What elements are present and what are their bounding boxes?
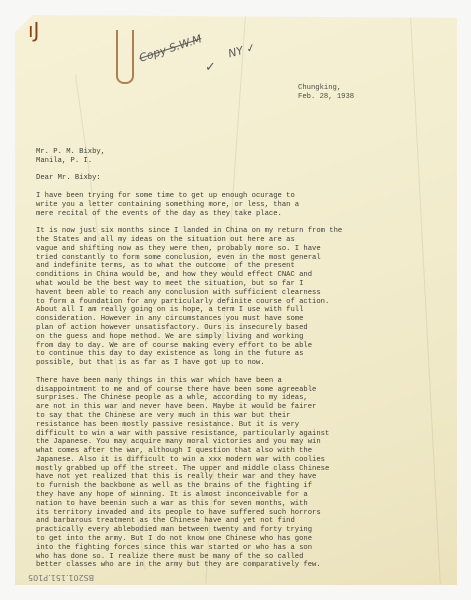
letter-body: Mr. P. M. Bixby, Manila, P. I. Dear Mr. … — [36, 148, 456, 570]
text-line: vague and shifting now as they were then… — [36, 245, 456, 254]
text-line: difficult to win a war with passive resi… — [36, 430, 456, 439]
text-line: tried constantly to form some conclusion… — [36, 254, 456, 263]
text-line: possible, but that is as far as I have g… — [36, 359, 456, 368]
paperclip-stain — [116, 30, 134, 84]
text-line: plan of action however unsatisfactory. O… — [36, 324, 456, 333]
paragraph-2: It is now just six months since I landed… — [36, 227, 456, 368]
text-line: write you a letter containing something … — [36, 201, 456, 210]
text-line: practically every ablebodied man between… — [36, 526, 456, 535]
text-line: are not in this war and never have been.… — [36, 403, 456, 412]
text-line: mere recital of the events of the day as… — [36, 210, 456, 219]
text-line: from day to day. We are of course making… — [36, 342, 456, 351]
text-line: nation to have beenin such a war as this… — [36, 500, 456, 509]
text-line: have not yet realized that this is reall… — [36, 473, 456, 482]
check-mark-annotation: ✓ — [205, 60, 216, 75]
text-line: its territory invaded and its people to … — [36, 509, 456, 518]
text-line: what would be the best way to meet the s… — [36, 280, 456, 289]
dateline: Chungking, Feb. 28, 1938 — [298, 84, 354, 102]
text-line: to form a foundation for any particularl… — [36, 298, 456, 307]
text-line: mostly grabbed up off the street. The up… — [36, 465, 456, 474]
text-line: who has done so. I realize there must be… — [36, 553, 456, 562]
text-line: the States and all my ideas on the situa… — [36, 236, 456, 245]
text-line: consideration. However in any circumstan… — [36, 315, 456, 324]
text-line: and barbarous treatment as the Chinese h… — [36, 517, 456, 526]
text-line: and indefinite terms, as to what the out… — [36, 262, 456, 271]
dateline-date: Feb. 28, 1938 — [298, 93, 354, 102]
text-line: to say that the Chinese are very much in… — [36, 412, 456, 421]
text-line: disappointment to me and of course there… — [36, 386, 456, 395]
text-line: the Japanese. You may acquire many moral… — [36, 438, 456, 447]
text-line: they have any hope of winning. It is alm… — [36, 491, 456, 500]
addressee-location: Manila, P. I. — [36, 157, 456, 166]
dateline-place: Chungking, — [298, 84, 354, 93]
paragraph-3: There have been many things in this war … — [36, 377, 456, 571]
text-line: Japanese. Also it is difficult to win a … — [36, 456, 456, 465]
text-line: There have been many things in this war … — [36, 377, 456, 386]
text-line: resistance has been mostly passive resis… — [36, 421, 456, 430]
rust-mark: ıJ — [28, 18, 39, 42]
text-line: to get into the army. But I do not know … — [36, 535, 456, 544]
text-line: conditions in China would be, and how th… — [36, 271, 456, 280]
text-line: into the fighting forces since this war … — [36, 544, 456, 553]
addressee-name: Mr. P. M. Bixby, — [36, 148, 456, 157]
salutation: Dear Mr. Bixby: — [36, 174, 456, 183]
text-line: I have been trying for some time to get … — [36, 192, 456, 201]
text-line: havent been able to reach any conclusion… — [36, 289, 456, 298]
text-line: It is now just six months since I landed… — [36, 227, 456, 236]
text-line: surprises. The Chinese people as a whle,… — [36, 394, 456, 403]
text-line: what comes after the war, although I que… — [36, 447, 456, 456]
archive-stamp: BS201.151.P105 — [28, 573, 94, 582]
text-line: better classes who are in the army but t… — [36, 561, 456, 570]
paragraph-1: I have been trying for some time to get … — [36, 192, 456, 218]
text-line: to furnish the backbone as well as the b… — [36, 482, 456, 491]
text-line: to continue this day to day existence as… — [36, 350, 456, 359]
text-line: on the guess and hope method. We are sim… — [36, 333, 456, 342]
text-line: About all I am really going on is hope, … — [36, 306, 456, 315]
